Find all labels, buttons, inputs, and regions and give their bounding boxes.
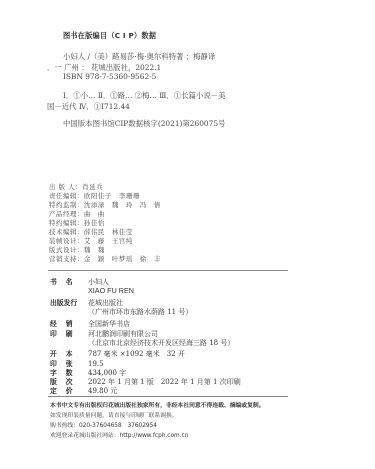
info-value: XIAO FU REN — [88, 286, 134, 295]
info-value: （广州市环市东路水荫路 11 号） — [88, 307, 192, 317]
credit-row: 特约监制：沈添渌 魏 玲 冯 倩 — [49, 200, 161, 209]
info-row-price: 定价49.80 元 — [50, 385, 117, 396]
info-label: 定价 — [50, 385, 88, 395]
info-value: 49.80 元 — [88, 386, 117, 396]
credit-value: 薛伟民 林佳莹 — [84, 228, 133, 236]
credit-label: 装帧设计： — [49, 237, 84, 245]
credit-label: 出 版 人： — [49, 183, 82, 191]
credit-row: 责任编辑：欧阳佳子 李珊珊 — [49, 191, 140, 200]
info-label: 书名 — [50, 276, 88, 286]
credit-row: 技术编辑：薛伟民 林佳莹 — [49, 227, 133, 236]
credit-row: 出 版 人：肖延兵 — [49, 182, 103, 191]
cip-line-cip-number: 中国版本图书馆CIP数据核字(2021)第260075号 — [63, 118, 225, 129]
info-row-publisher-address: （广州市环市东路水荫路 11 号） — [50, 307, 192, 317]
divider-bottom — [48, 396, 288, 397]
info-label: 经销 — [50, 318, 88, 328]
credit-row: 装帧设计：艾 藤 王宫纯 — [49, 236, 133, 245]
credit-value: 欧阳佳子 李珊珊 — [84, 192, 140, 200]
cip-line-isbn: ISBN 978-7-5360-9562-5 — [63, 72, 156, 81]
credit-row: 产品经理：曲 曲 — [49, 209, 105, 218]
info-label: 印刷 — [50, 328, 88, 338]
credit-value: 沈添渌 魏 玲 冯 倩 — [84, 201, 161, 209]
divider-top — [48, 270, 288, 271]
credit-value: 肖延兵 — [82, 183, 103, 191]
credit-label: 技术编辑： — [49, 228, 84, 236]
credit-row: 特约编辑：孙佳怡 — [49, 218, 105, 227]
cip-line-classification-cont: 国－近代 Ⅳ．①I712.44 — [47, 101, 130, 112]
credit-label: 特约监制： — [49, 201, 84, 209]
cip-line-title-author: 小妇人 /（美）路易莎·梅·奥尔科特著 ；梅静译 — [63, 51, 215, 62]
credit-value: 曲 曲 — [84, 210, 105, 218]
quality-notice: 如发现印装质量问题，请直接与印刷厂联系调换。 — [50, 410, 178, 419]
credit-value: 艾 藤 王宫纯 — [84, 237, 133, 245]
info-row-printer-address: （北京市北京经济技术开发区经海三路 18 号） — [50, 338, 234, 348]
credit-label: 责任编辑： — [49, 192, 84, 200]
publisher-website: 欢迎登录花城出版社网站：http://www.fcph.com.cn — [50, 430, 188, 439]
credit-row: 营销支持：金 颖 叶梦瑶 徐 丰 — [49, 254, 161, 263]
copyright-notice: 本书中文专有出版权归花城出版社独家所有，非经本社同意不得连载、摘编或复制。 — [50, 400, 265, 409]
cip-title: 图书在版编目（C I P）数据 — [63, 31, 156, 41]
cip-line-classification: Ⅰ．①小… Ⅱ．①路… ②梅… Ⅲ．①长篇小说－美 — [63, 90, 226, 101]
info-label: 出版发行 — [50, 297, 88, 307]
info-row-pinyin: XIAO FU REN — [50, 286, 134, 295]
credit-row: 版式设计：魏 魏 — [49, 245, 105, 254]
credit-value: 魏 魏 — [84, 246, 105, 254]
info-label: 开本 — [50, 348, 88, 358]
credit-label: 特约编辑： — [49, 219, 84, 227]
credit-value: 孙佳怡 — [84, 219, 105, 227]
credit-label: 营销支持： — [49, 255, 84, 263]
credit-label: 版式设计： — [49, 246, 84, 254]
credit-value: 金 颖 叶梦瑶 徐 丰 — [84, 255, 161, 263]
info-value: （北京市北京经济技术开发区经海三路 18 号） — [88, 338, 234, 348]
purchase-hotline: 购书热线：020-37604658 37602954 — [50, 420, 157, 429]
credit-label: 产品经理： — [49, 210, 84, 218]
